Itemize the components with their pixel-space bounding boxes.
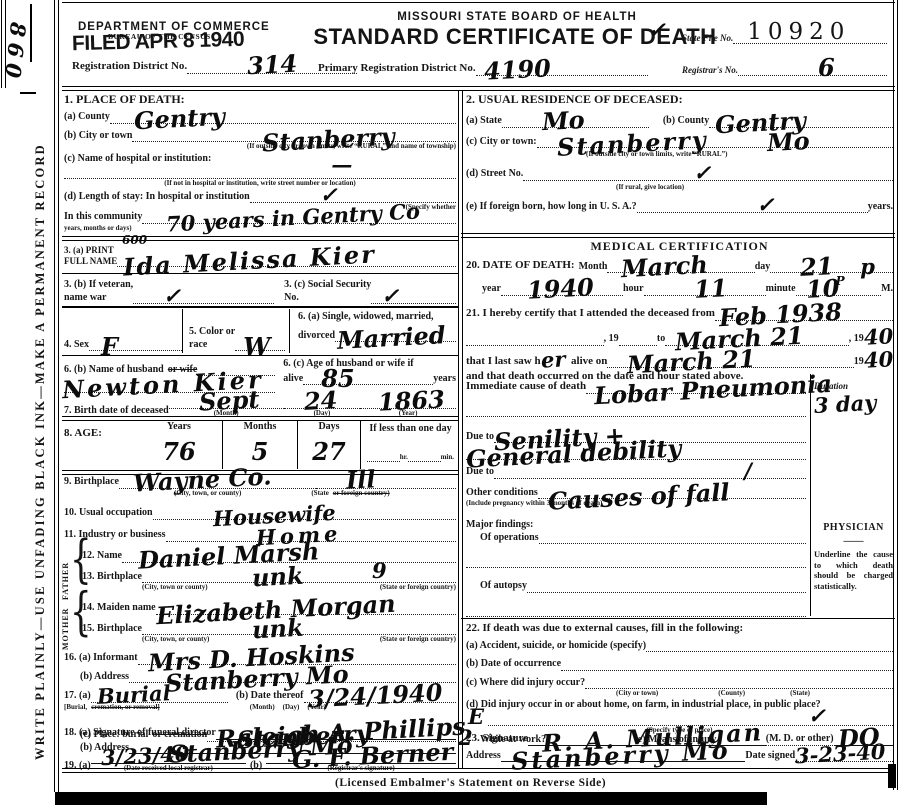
sex-value: F — [101, 337, 118, 356]
section-spouse-birthdate: 6. (b) Name of husband or wife Newton Ki… — [64, 358, 456, 414]
s1-county-line: Gentry — [110, 112, 456, 124]
s22-c-hint-2: (County) — [718, 689, 745, 697]
birthplace-line-1: Wayne Co. — [119, 477, 316, 489]
registrar-sig-line: G. F. Berner — [266, 752, 456, 764]
age-days-label: Days — [318, 421, 339, 434]
section-father: FATHER { 12. Name Daniel Marsh 13. Birth… — [62, 550, 456, 600]
birthplace-value: Wayne Co. — [133, 467, 272, 493]
s2-street-hint: (If rural, give location) — [616, 183, 893, 191]
birth-year-value: 1863 — [378, 389, 446, 412]
name-line: Ida Melissa Kier — [117, 242, 456, 267]
burial-line: Burial — [91, 691, 228, 703]
burial-hint-a1: [Burial, — [64, 703, 87, 721]
other-conditions-label: Other conditions — [466, 487, 538, 500]
s2-city-line: Stanberry Mo — [537, 136, 893, 148]
s1-city-hint: (If outside city or town limits, write “… — [64, 142, 456, 150]
veteran-label-1: 3. (b) If veteran, — [64, 279, 133, 292]
sidebar-divider — [810, 374, 811, 616]
race-label-2: race — [189, 339, 207, 352]
occupation-line: Housewife — [153, 508, 456, 520]
sex-line: F — [89, 339, 182, 351]
left-margin: 860 WRITE PLAINLY—USE UNFADING BLACK INK… — [0, 0, 54, 805]
s21-to-19: , 19 — [849, 333, 864, 346]
s23-date-label: Date signed — [745, 750, 795, 763]
s21-blank-line — [466, 334, 604, 346]
section-certification: 21. I hereby certify that I attended the… — [466, 307, 893, 377]
s1-heading: 1. PLACE OF DEATH: — [64, 92, 456, 107]
s20-minute-line: 10 P — [796, 284, 881, 296]
father-birthplace-line: unk 9 — [142, 571, 456, 583]
s22-c-hint-1: (City or town) — [616, 689, 658, 697]
filed-stamp: FILED APR 8 1940 — [72, 28, 245, 56]
s1-stay-check: ✓ — [320, 187, 338, 204]
physician-box: PHYSICIAN —— Underline the cause to whic… — [814, 522, 893, 592]
registrar-date-line: 3/23/40 — [91, 752, 246, 764]
s1-stay-label: (d) Length of stay: In hospital or insti… — [64, 191, 250, 204]
s22-d-label: (d) Did injury occur in or about home, o… — [466, 699, 893, 712]
s21-last-saw-value: March 21 — [627, 349, 756, 375]
s2-foreign-suffix: years. — [868, 201, 893, 214]
s23-address-line: Stanberry Mo — [501, 750, 746, 762]
s21-19-line — [619, 334, 657, 346]
burial-date-line: 3/24/1940 — [304, 691, 457, 703]
footer-note: (Licensed Embalmer's Statement on Revers… — [335, 776, 606, 790]
s1-county-value: Gentry — [133, 107, 225, 131]
operations-label: Of operations — [480, 532, 539, 545]
s21-last-saw-label: that I last saw h — [466, 355, 541, 369]
primary-district-line: 4190 — [476, 64, 648, 76]
s2-city-value-2: Mo — [766, 131, 810, 152]
s21-comma19: , 19 — [604, 333, 619, 346]
s20-hour-value: 11 — [693, 278, 727, 299]
state-file-label: State File No. — [682, 33, 733, 44]
s2-foreign-check: ✓ — [757, 197, 775, 214]
alive-label: alive — [283, 373, 303, 386]
name-value: Ida Melissa Kier — [123, 244, 376, 276]
s20-day-line: 21 p — [770, 261, 893, 273]
s1-community-line: 70 years in Gentry Co — [142, 212, 456, 224]
sex-label: 4. Sex — [64, 339, 89, 352]
physician-note: Underline the cause to which death shoul… — [814, 549, 893, 592]
primary-district-label: Primary Registration District No. — [318, 62, 476, 76]
s2-state-label: (a) State — [466, 115, 502, 128]
divider — [62, 768, 895, 773]
s23-address-label: Address — [466, 750, 501, 763]
age-less-label: If less than one day — [367, 423, 454, 436]
s21-her: er — [540, 351, 565, 369]
age-hr-label: hr. — [400, 453, 408, 461]
section-veteran-ssn: 3. (b) If veteran, name war ✓ 3. (c) Soc… — [64, 276, 456, 304]
father-birthplace-extra: 9 — [372, 563, 387, 580]
burial-value: Burial — [96, 685, 170, 706]
s21-to-line: March 21 — [665, 334, 849, 346]
s2-state-line: Mo — [502, 116, 649, 128]
s1-community-label: In this community — [64, 211, 142, 224]
burial-a-label: 17. (a) — [64, 690, 91, 703]
s20-minute-label: minute — [766, 283, 796, 296]
ssn-check: ✓ — [381, 288, 399, 305]
s20-month-label: Month — [579, 261, 608, 274]
divider — [62, 273, 458, 274]
s20-year-label: year — [482, 283, 501, 296]
stray-mark — [30, 4, 32, 62]
s20-hour-label: hour — [623, 283, 644, 296]
s21-last-saw-year: 40 — [863, 351, 893, 369]
mother-name-line: Elizabeth Morgan — [156, 603, 456, 615]
s2-foreign-label: (e) If foreign born, how long in U. S. A… — [466, 201, 637, 214]
s21-last-saw-line: March 21 — [607, 356, 853, 368]
registrar-date-value: 3/23/40 — [100, 746, 189, 767]
s22-a-line — [646, 640, 893, 652]
column-divider — [458, 90, 463, 768]
s1-county-label: (a) County — [64, 111, 110, 124]
due1-label: Due to — [466, 431, 494, 444]
s2-foreign-line: ✓ — [637, 201, 868, 213]
age-months-value: 5 — [252, 442, 269, 461]
autopsy-line — [527, 581, 806, 593]
section-place-of-death: 1. PLACE OF DEATH: (a) County Gentry (b)… — [64, 92, 456, 237]
divider — [461, 618, 895, 619]
registrar-no-line: 6 — [738, 64, 887, 76]
autopsy-label: Of autopsy — [480, 580, 527, 593]
s22-c-label: (c) Where did injury occur? — [466, 677, 585, 690]
death-certificate-scan: 860 WRITE PLAINLY—USE UNFADING BLACK INK… — [0, 0, 900, 805]
s2-city-label: (c) City or town: — [466, 136, 537, 149]
age-years-value: 76 — [162, 442, 195, 461]
mother-birthplace-line: unk — [142, 623, 456, 635]
birth-month-line: Sept — [169, 397, 284, 409]
race-label-1: 5. Color or — [189, 326, 235, 339]
birth-day-value: 24 — [303, 390, 337, 411]
s20-m-suffix: M. — [881, 283, 893, 296]
marital-value: Married — [337, 325, 446, 350]
spouse-age-line: 85 — [303, 373, 433, 385]
s2-street-label: (d) Street No. — [466, 168, 523, 181]
section-birthplace: 9. Birthplace Wayne Co. Ill (City, town,… — [64, 476, 456, 504]
birthplace-line-2: Ill — [316, 477, 456, 489]
birth-year-line: 1863 — [360, 397, 456, 409]
s23-date-line: 3-23-40 — [795, 750, 893, 762]
s20-day-extra: p — [860, 259, 875, 276]
age-days-value: 27 — [312, 442, 345, 461]
mother-name-label: 14. Maiden name — [82, 602, 156, 615]
veteran-line: ✓ — [133, 292, 274, 304]
header: DEPARTMENT OF COMMERCE BUREAU OF THE CEN… — [62, 2, 895, 86]
due2-line: / — [494, 467, 806, 479]
mother-side-label: MOTHER — [62, 602, 70, 650]
veteran-label-2: name war — [64, 292, 107, 305]
s20-day-label: day — [755, 261, 771, 274]
ssn-line: ✓ — [371, 292, 456, 304]
scan-black-bar — [55, 792, 767, 805]
registrar-sig-value: G. F. Berner — [292, 742, 454, 770]
margin-handwritten-number: 860 — [3, 21, 26, 84]
age-heading: 8. AGE: — [64, 427, 102, 439]
s21-to-label: to — [657, 333, 665, 346]
race-line: W — [235, 339, 285, 351]
s20-year-line: 1940 — [501, 284, 623, 296]
spouse-age-years-suffix: years — [433, 373, 456, 386]
s22-c-line — [585, 677, 893, 689]
margin-vertical-instruction: WRITE PLAINLY—USE UNFADING BLACK INK—MAK… — [34, 95, 47, 760]
birth-day-line: 24 — [284, 397, 361, 409]
s22-b-label: (b) Date of occurrence — [466, 658, 561, 671]
section-local-registrar: 19. (a) 3/23/40 (Date received local reg… — [64, 752, 456, 768]
burial-date-label: (b) Date thereof — [236, 690, 304, 703]
mother-hint-2: (State or foreign country) — [380, 635, 456, 643]
s22-heading: 22. If death was due to external causes,… — [466, 622, 893, 636]
due2-mark: / — [744, 463, 752, 480]
s22-c-hint-3: (State) — [790, 689, 810, 697]
s20-label: 20. DATE OF DEATH: — [466, 259, 575, 273]
s20-ampm-value: P — [836, 277, 845, 287]
veteran-check: ✓ — [163, 288, 181, 305]
divider — [62, 306, 458, 308]
s21-from-line: Feb 1938 — [715, 309, 893, 321]
birth-month-value: Sept — [198, 389, 259, 411]
s21-last-19: 19 — [854, 356, 864, 369]
due1-line-2: General debility — [466, 443, 806, 460]
s1-hospital-hint: (If not in hospital or institution, writ… — [64, 179, 456, 187]
s1-city-label: (b) City or town — [64, 130, 132, 143]
immediate-cause-label: Immediate cause of death — [466, 380, 586, 394]
spouse-age-label: 6. (c) Age of husband or wife if — [283, 358, 456, 371]
s1-city-line: Stanberry — [132, 130, 456, 142]
s21-to-year: 40 — [863, 328, 893, 346]
s23-sig-label: 23. Signature — [466, 732, 528, 746]
age-years-label: Years — [167, 421, 191, 434]
physician-dash: —— — [814, 536, 893, 549]
age-min-label: min. — [441, 453, 454, 461]
age-months-label: Months — [244, 421, 277, 434]
divider — [62, 86, 895, 91]
reg-district-label: Registration District No. — [72, 60, 187, 74]
divider — [54, 0, 59, 792]
s22-mark-3: ✓ — [808, 708, 826, 725]
findings-blank-line — [466, 556, 806, 568]
findings-blank-line-2 — [466, 605, 806, 617]
s22-a-label: (a) Accident, suicide, or homicide (spec… — [466, 640, 646, 653]
divider — [893, 0, 898, 790]
s1-hospital-label: (c) Name of hospital or institution: — [64, 153, 211, 166]
s22-b-line — [561, 659, 893, 671]
immediate-cause-line: Lobar Pneumonia — [586, 382, 806, 394]
stray-mark — [20, 92, 36, 94]
title-checkmark: ✓ — [648, 22, 666, 39]
s20-hour-line: 11 — [644, 284, 766, 296]
other-conditions-value: Causes of fall — [547, 482, 729, 511]
name-label-1: 3. (a) PRINT — [64, 245, 114, 256]
mother-birthplace-value: unk — [252, 617, 304, 639]
section-sex-race-marital: 4. Sex F 5. Color or race W 6. (a) Singl… — [64, 309, 456, 353]
s2-street-line: ✓ — [523, 169, 893, 181]
other-conditions-line: Causes of fall — [538, 487, 806, 499]
burial-month-hint: (Month) — [250, 703, 275, 721]
section-external-causes: 22. If death was due to external causes,… — [466, 622, 893, 730]
major-findings-label: Major findings: — [466, 519, 806, 532]
s23-date-value: 3-23-40 — [795, 744, 886, 766]
section-physician-signature: 23. Signature R. A. Mulligan (M. D. or o… — [466, 732, 893, 766]
section-usual-residence: 2. USUAL RESIDENCE OF DECEASED: (a) Stat… — [466, 92, 893, 232]
marital-label-2: divorced — [298, 330, 335, 343]
s1-city-value: Stanberry — [262, 126, 396, 152]
age-hr-line — [367, 450, 400, 462]
informant-label: 16. (a) Informant — [64, 652, 138, 665]
father-birthplace-value: unk — [252, 565, 304, 587]
s1-hospital-line2 — [64, 166, 456, 179]
father-hint-1: (City, town or county) — [142, 583, 208, 591]
s22-mark-1: E — [468, 709, 484, 726]
section-cause-of-death: Duration 3 day PHYSICIAN —— Underline th… — [466, 380, 893, 616]
s21-alive-on: alive on — [571, 355, 607, 369]
s20-year-value: 1940 — [526, 278, 594, 301]
scan-black-mark — [888, 764, 896, 788]
birthplace-state-value: Ill — [345, 470, 375, 491]
state-file-line: 10920 — [733, 32, 887, 44]
marital-line: Married — [335, 330, 456, 342]
section-full-name: 600 3. (a) PRINT FULL NAME Ida Melissa K… — [64, 242, 456, 272]
s20-month-line: March — [607, 261, 754, 273]
state-file-value: 10920 — [747, 19, 850, 45]
s23-address-value: Stanberry Mo — [510, 740, 730, 771]
due1-value-2: General debility — [466, 438, 682, 468]
age-min-line — [408, 450, 441, 462]
informant-address-label: (b) Address — [80, 671, 129, 684]
s1-hospital-line: — — [211, 155, 456, 166]
section-occupation: 10. Usual occupation Housewife — [64, 507, 456, 525]
s2-state-value: Mo — [541, 110, 585, 131]
divider — [1, 0, 6, 88]
divider — [461, 233, 895, 238]
ssn-label-1: 3. (c) Social Security — [284, 279, 371, 292]
registrar-no-value: 6 — [818, 58, 835, 77]
reg-district-value: 314 — [247, 53, 298, 75]
cause-blank-line — [466, 404, 806, 417]
s2-street-check: ✓ — [693, 165, 711, 182]
divider — [62, 355, 458, 356]
ssn-label-2: No. — [284, 292, 299, 305]
birthplace-label: 9. Birthplace — [64, 476, 119, 489]
burial-date-value: 3/24/1940 — [307, 683, 442, 709]
s21-line1: 21. I hereby certify that I attended the… — [466, 307, 715, 321]
physician-heading: PHYSICIAN — [814, 522, 893, 535]
s2-city-value: Stanberry — [556, 130, 708, 157]
mother-hint-1: (City, town, or county) — [142, 635, 209, 643]
occupation-label: 10. Usual occupation — [64, 507, 153, 520]
father-side-label: FATHER — [62, 550, 70, 600]
operations-line — [539, 532, 806, 544]
registrar-no-label: Registrar's No. — [682, 65, 738, 76]
race-value: W — [243, 337, 270, 356]
primary-district-value: 4190 — [483, 58, 551, 81]
name-label-2: FULL NAME — [64, 256, 117, 267]
s2-heading: 2. USUAL RESIDENCE OF DECEASED: — [466, 92, 893, 107]
burial-day-hint: (Day) — [283, 703, 300, 721]
